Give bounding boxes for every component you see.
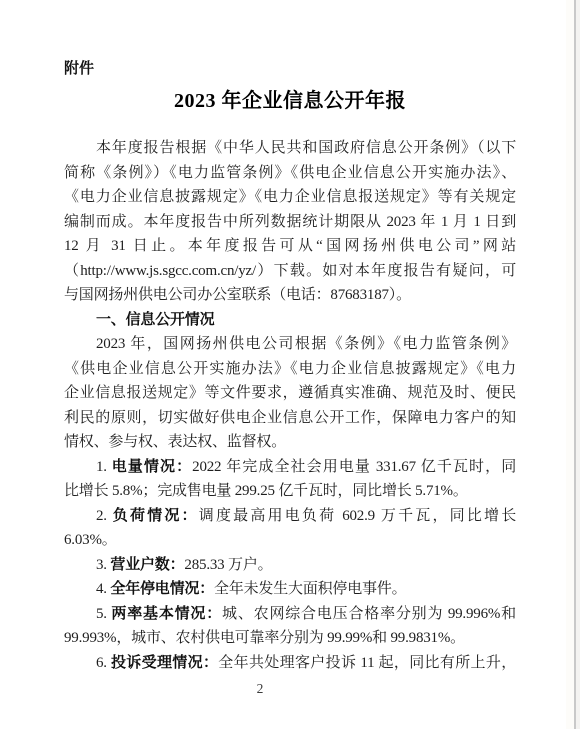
intro-paragraph-line: 《电力企业信息披露规定》《电力企业信息报送规定》等有关规定 [64, 185, 516, 210]
body-text: 城、农网综合电压合格率分别为 99.996%和 [222, 606, 516, 622]
emphasis-text: 营业户数： [110, 556, 184, 573]
item-reliability-line: 5. 两率基本情况：城、农网综合电压合格率分别为 99.996%和 [64, 602, 516, 627]
intro-paragraph-line: 本年度报告根据《中华人民共和国政府信息公开条例》（以下 [64, 136, 516, 161]
intro-paragraph-line: 编制而成。本年度报告中所列数据统计期限从 2023 年 1 月 1 日到 [64, 210, 516, 235]
page-number: 2 [0, 681, 520, 697]
disclosure-paragraph-line: 《供电企业信息公开实施办法》《电力企业信息披露规定》《电力 [64, 357, 516, 382]
item-complaints-line: 6. 投诉受理情况：全年共处理客户投诉 11 起，同比有所上升， [64, 651, 516, 676]
body-text: 企业信息报送规定》等文件要求，遵循真实准确、规范及时、便民 [64, 385, 516, 401]
item-reliability-line: 99.993%，城市、农村供电可靠率分别为 99.99%和 99.9831%。 [64, 626, 516, 651]
body-text: 简称《条例》）《电力监管条例》《供电企业信息公开实施办法》、 [64, 165, 516, 181]
item-outage-line: 4. 全年停电情况：全年未发生大面积停电事件。 [64, 577, 516, 602]
scan-edge-margin [576, 0, 580, 729]
body-text: 3. [96, 557, 110, 573]
item-power-consumption-line: 1. 电量情况：2022 年完成全社会用电量 331.67 亿千瓦时，同 [64, 455, 516, 480]
body-text: 与国网扬州供电公司办公室联系（电话：87683187）。 [64, 287, 411, 303]
body-text: （http://www.js.sgcc.com.cn/yz/）下载。如对本年度报… [64, 263, 516, 279]
body-text: 全年共处理客户投诉 11 起，同比有所上升， [218, 655, 516, 671]
emphasis-text: 投诉受理情况： [111, 654, 218, 671]
emphasis-text: 电量情况： [112, 458, 192, 475]
body-text: 2023 年，国网扬州供电公司根据《条例》《电力监管条例》 [96, 336, 516, 352]
item-power-consumption-line: 比增长 5.8%；完成售电量 299.25 亿千瓦时，同比增长 5.71%。 [64, 479, 516, 504]
body-text: 99.993%，城市、农村供电可靠率分别为 99.99%和 99.9831%。 [64, 630, 465, 646]
body-text: 285.33 万户。 [184, 557, 272, 573]
intro-paragraph-line: 12 月 31 日止。本年度报告可从“国网扬州供电公司”网站 [64, 234, 516, 259]
body-text: 利民的原则，切实做好供电企业信息公开工作，保障电力客户的知 [64, 410, 516, 426]
emphasis-text: 负荷情况： [113, 507, 199, 524]
body-text: 本年度报告根据《中华人民共和国政府信息公开条例》（以下 [96, 140, 516, 156]
emphasis-text: 两率基本情况： [111, 605, 222, 622]
body-text: 调度最高用电负荷 602.9 万千瓦，同比增长 [199, 508, 516, 524]
body-text: 《供电企业信息公开实施办法》《电力企业信息披露规定》《电力 [64, 361, 516, 377]
document-body: 本年度报告根据《中华人民共和国政府信息公开条例》（以下简称《条例》）《电力监管条… [64, 136, 516, 675]
body-text: 2022 年完成全社会用电量 331.67 亿千瓦时，同 [192, 459, 516, 475]
attachment-label: 附件 [64, 57, 94, 78]
intro-paragraph-line: 与国网扬州供电公司办公室联系（电话：87683187）。 [64, 283, 516, 308]
body-text: 比增长 5.8%；完成售电量 299.25 亿千瓦时，同比增长 5.71%。 [64, 483, 468, 499]
body-text: 情权、参与权、表达权、监督权。 [64, 434, 286, 450]
intro-paragraph-line: 简称《条例》）《电力监管条例》《供电企业信息公开实施办法》、 [64, 161, 516, 186]
disclosure-paragraph-line: 情权、参与权、表达权、监督权。 [64, 430, 516, 455]
body-text: 《电力企业信息披露规定》《电力企业信息报送规定》等有关规定 [64, 189, 516, 205]
emphasis-text: 全年停电情况： [110, 580, 214, 597]
document-page: 附件 2023 年企业信息公开年报 本年度报告根据《中华人民共和国政府信息公开条… [0, 0, 580, 729]
body-text: 1. [96, 459, 112, 475]
body-text: 12 月 31 日止。本年度报告可从“国网扬州供电公司”网站 [64, 238, 516, 254]
item-load-line: 2. 负荷情况：调度最高用电负荷 602.9 万千瓦，同比增长 [64, 504, 516, 529]
body-text: 全年未发生大面积停电事件。 [214, 581, 406, 597]
emphasis-text: 一、信息公开情况 [96, 311, 214, 328]
disclosure-paragraph-line: 2023 年，国网扬州供电公司根据《条例》《电力监管条例》 [64, 332, 516, 357]
intro-paragraph-line: （http://www.js.sgcc.com.cn/yz/）下载。如对本年度报… [64, 259, 516, 284]
body-text: 6. [96, 655, 111, 671]
body-text: 5. [96, 606, 111, 622]
body-text: 6.03%。 [64, 532, 117, 548]
disclosure-paragraph-line: 企业信息报送规定》等文件要求，遵循真实准确、规范及时、便民 [64, 381, 516, 406]
section-1-heading-line: 一、信息公开情况 [64, 308, 516, 333]
document-title: 2023 年企业信息公开年报 [0, 84, 580, 113]
item-load-line: 6.03%。 [64, 528, 516, 553]
body-text: 编制而成。本年度报告中所列数据统计期限从 2023 年 1 月 1 日到 [64, 214, 516, 230]
body-text: 4. [96, 581, 110, 597]
item-customers-line: 3. 营业户数：285.33 万户。 [64, 553, 516, 578]
body-text: 2. [96, 508, 113, 524]
disclosure-paragraph-line: 利民的原则，切实做好供电企业信息公开工作，保障电力客户的知 [64, 406, 516, 431]
